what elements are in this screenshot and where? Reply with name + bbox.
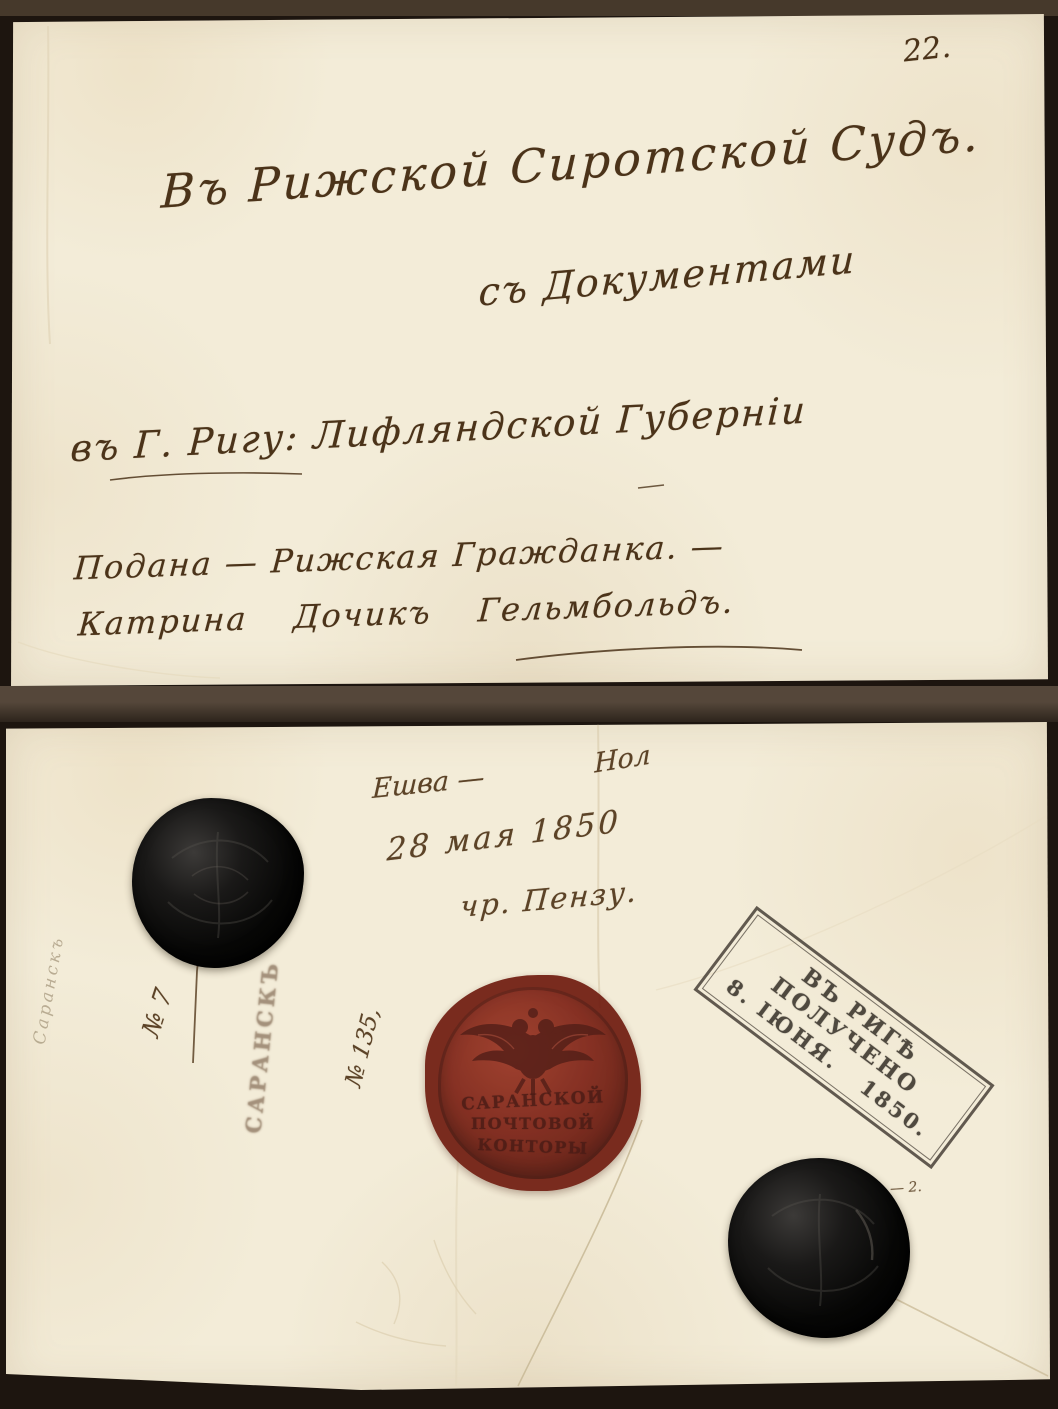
underline-gubernia-dash bbox=[638, 485, 664, 488]
scanned-cover-image: 22. Въ Рижской Сиротской Судъ. съ Докуме… bbox=[0, 0, 1058, 1409]
scan-gap-band bbox=[0, 686, 1058, 722]
pencil-note-saransk: Саранскъ bbox=[26, 914, 72, 1065]
front-corner-crease bbox=[18, 642, 220, 678]
saransk-handstamp: САРАНСКЪ bbox=[240, 950, 285, 1144]
back-wrinkles bbox=[356, 1240, 476, 1346]
front-address-line-3: въ Г. Ригу: Лифляндской Губерніи bbox=[69, 389, 808, 471]
small-pen-mark: — 2. bbox=[889, 1179, 922, 1197]
riga-receiver-stamp-inner: ВЪ РИГѢ ПОЛУЧЕНО 8. ІЮНЯ. 1850. bbox=[702, 914, 986, 1160]
red-wax-seal-core: САРАНСКОЙ ПОЧТОВОЙ КОНТОРЫ bbox=[438, 987, 628, 1179]
front-address-line-5: Катрина Дочикъ Гельмбольдъ. bbox=[77, 582, 736, 643]
black-seal-impression-2 bbox=[728, 1158, 910, 1338]
black-wax-seal-bottom-right bbox=[728, 1158, 910, 1338]
riga-receiver-boxed-stamp: ВЪ РИГѢ ПОЛУЧЕНО 8. ІЮНЯ. 1850. bbox=[693, 906, 994, 1169]
double-headed-eagle-icon bbox=[438, 1001, 628, 1097]
red-seal-text-line-3: КОНТОРЫ bbox=[438, 1134, 629, 1160]
front-address-line-2: съ Документами bbox=[478, 237, 857, 314]
back-note-line-3: чр. Пензу. bbox=[459, 874, 639, 924]
black-seal-impression bbox=[132, 798, 304, 968]
underline-riga bbox=[110, 473, 302, 480]
front-corner-number: 22. bbox=[901, 30, 952, 70]
pen-number-left: № 7 bbox=[127, 954, 188, 1070]
front-address-line-4: Подана — Рижская Гражданка. — bbox=[73, 527, 726, 588]
pen-number-right: № 135, bbox=[330, 960, 396, 1134]
front-vertical-crease bbox=[47, 26, 50, 344]
envelope-front: 22. Въ Рижской Сиротской Судъ. съ Докуме… bbox=[10, 14, 1048, 686]
red-seal-text-line-2: ПОЧТОВОЙ bbox=[438, 1114, 628, 1133]
underline-surname bbox=[516, 647, 802, 660]
back-note-line-1a: Ешва — bbox=[372, 762, 485, 805]
back-note-line-1b: Нол bbox=[594, 739, 651, 779]
envelope-back: Саранскъ Ешва — Нол 28 мая 1850 чр. Пенз… bbox=[6, 722, 1050, 1390]
black-wax-seal-top-left bbox=[132, 798, 304, 968]
back-note-line-2: 28 мая 1850 bbox=[386, 803, 621, 868]
front-address-line-1: Въ Рижской Сиротской Судъ. bbox=[160, 107, 982, 219]
pen-hook-stroke bbox=[193, 956, 199, 1063]
red-wax-seal: САРАНСКОЙ ПОЧТОВОЙ КОНТОРЫ bbox=[425, 975, 641, 1191]
back-crease-vertical-bottom bbox=[456, 1158, 458, 1386]
